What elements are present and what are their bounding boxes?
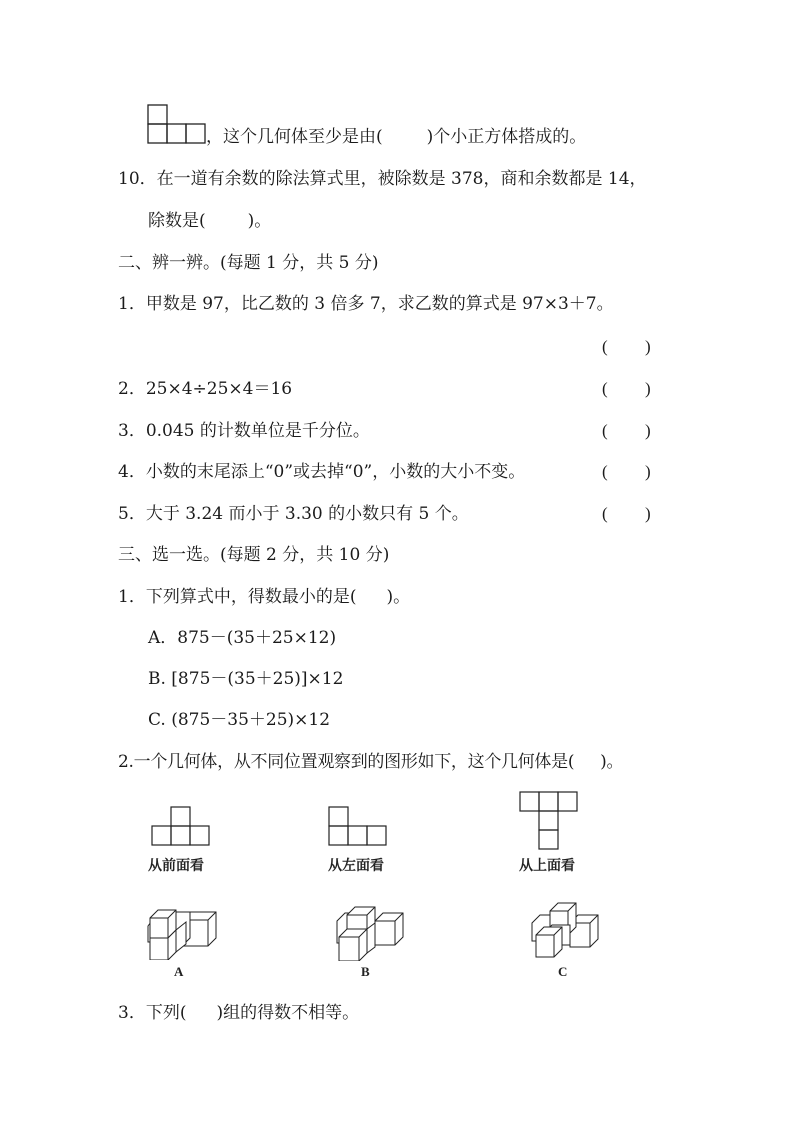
top-view-figure (519, 791, 579, 852)
front-view-figure (151, 806, 211, 848)
section2-heading: 二、辨一辨。(每题 1 分，共 5 分) (118, 252, 379, 274)
front-view-label: 从前面看 (148, 858, 204, 874)
choice-c-label[interactable]: C (558, 964, 567, 980)
section3-heading: 三、选一选。(每题 2 分，共 10 分) (118, 544, 389, 566)
top-view-label: 从上面看 (519, 858, 575, 874)
answer-paren-open: ( (602, 503, 608, 525)
choice-c-figure[interactable] (530, 895, 602, 959)
choice-q3: 3．下列()组的得数不相等。 (118, 1002, 359, 1024)
answer-paren-close[interactable]: ) (645, 420, 651, 442)
left-view-label: 从左面看 (328, 858, 384, 874)
choice-q1-option-a[interactable]: A．875－(35＋25×12) (148, 627, 336, 649)
judge-item-4: 4．小数的末尾添上“0”或去掉“0”，小数的大小不变。 (118, 461, 525, 483)
answer-paren-close[interactable]: ) (645, 503, 651, 525)
choice-q1: 1．下列算式中，得数最小的是()。 (118, 586, 410, 608)
judge-item-2: 2．25×4÷25×4＝16 (118, 378, 292, 400)
choice-b-figure[interactable] (333, 903, 405, 961)
judge-item-1: 1．甲数是 97，比乙数的 3 倍多 7，求乙数的算式是 97×3＋7。 (118, 293, 614, 315)
choice-q1-option-b[interactable]: B. [875－(35＋25)]×12 (148, 668, 343, 690)
choice-a-label[interactable]: A (174, 964, 183, 980)
choice-q1-option-c[interactable]: C. (875－35＋25)×12 (148, 709, 330, 731)
q10-line2: 除数是()。 (148, 210, 271, 232)
judge-item-5: 5．大于 3.24 而小于 3.30 的小数只有 5 个。 (118, 503, 469, 525)
answer-paren-open: ( (602, 336, 608, 358)
answer-paren-close[interactable]: ) (645, 378, 651, 400)
choice-a-figure[interactable] (146, 908, 218, 960)
answer-paren-close[interactable]: ) (645, 336, 651, 358)
q10-line1: 10．在一道有余数的除法算式里，被除数是 378，商和余数都是 14， (118, 168, 647, 190)
question-number: 10． (118, 169, 157, 189)
left-view-figure (328, 806, 388, 848)
answer-paren-close[interactable]: ) (645, 461, 651, 483)
judge-item-3: 3．0.045 的计数单位是千分位。 (118, 420, 370, 442)
answer-paren-open: ( (602, 420, 608, 442)
answer-paren-open: ( (602, 461, 608, 483)
choice-q2: 2.一个几何体，从不同位置观察到的图形如下，这个几何体是()。 (118, 751, 623, 773)
choice-b-label[interactable]: B (361, 964, 370, 980)
q9-text: ，这个几何体至少是由()个小正方体搭成的。 (206, 126, 586, 148)
l-shape-figure (147, 104, 207, 144)
answer-paren-open: ( (602, 378, 608, 400)
